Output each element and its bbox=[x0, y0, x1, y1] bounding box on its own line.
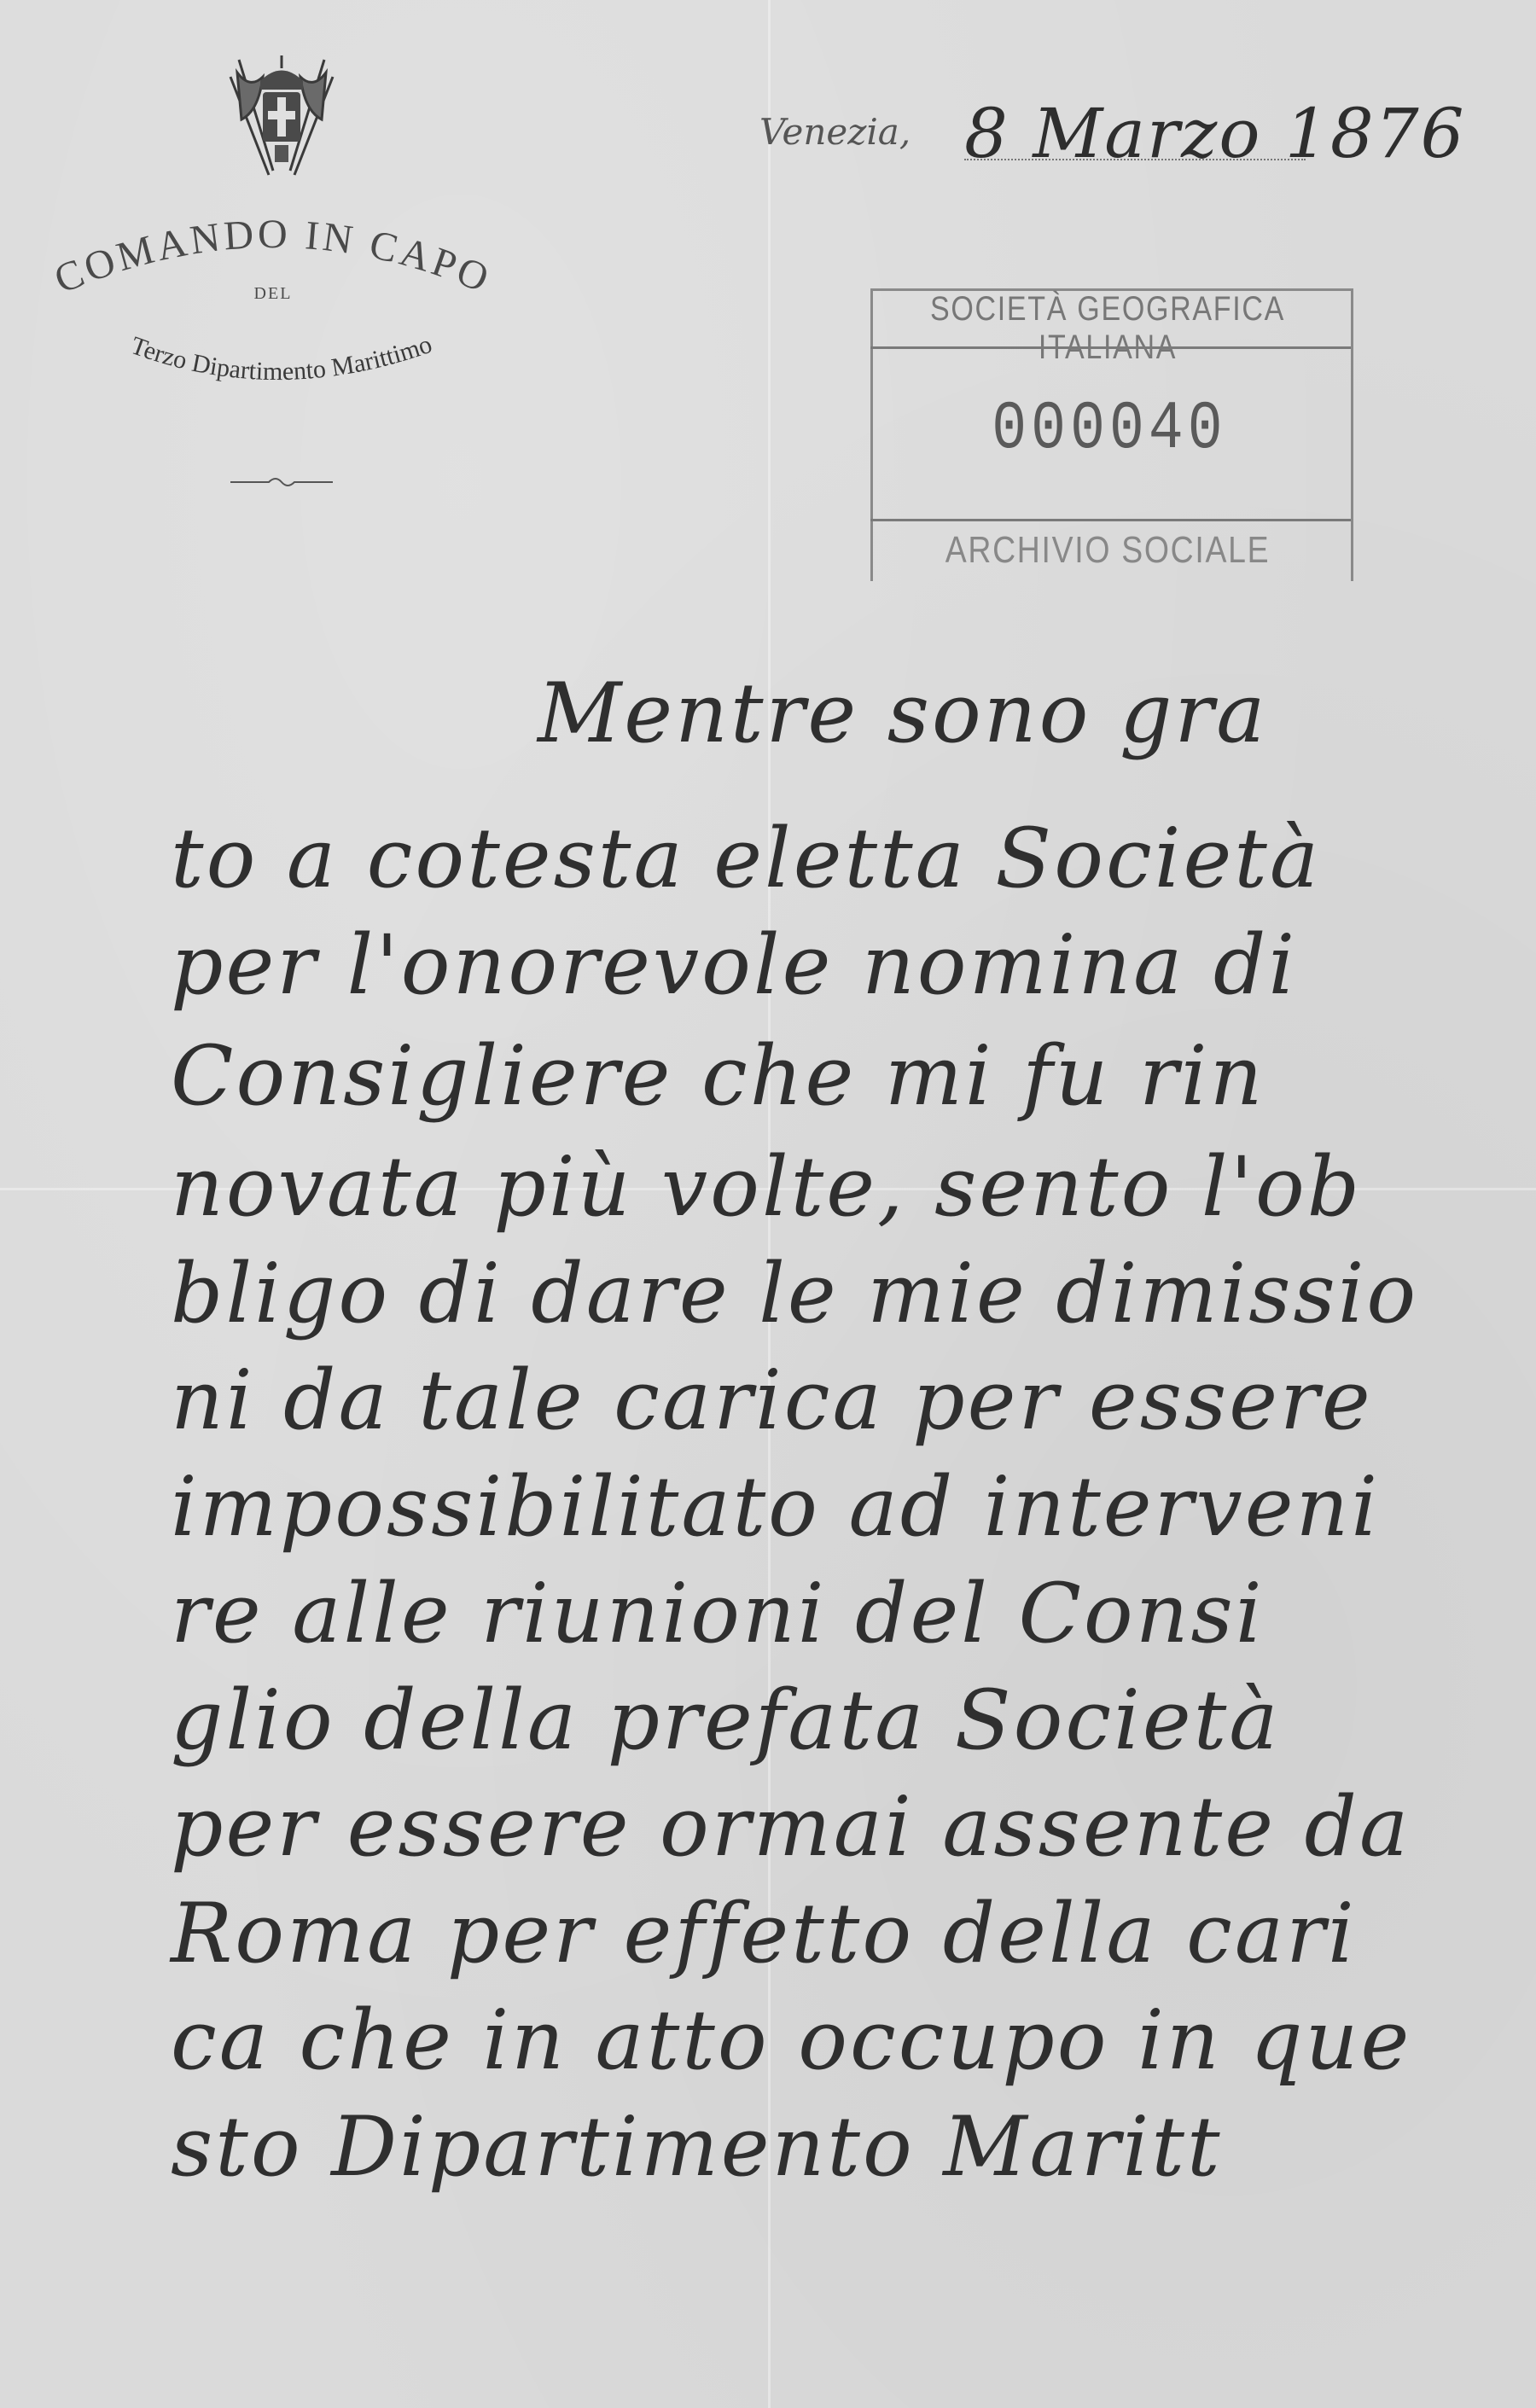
letter-body: Mentre sono gra to a cotesta eletta Soci… bbox=[0, 0, 1536, 2408]
letter-line: ca che in atto occupo in que bbox=[171, 1992, 1411, 2088]
letter-line: glio della prefata Società bbox=[171, 1672, 1281, 1768]
letter-line: Roma per effetto della cari bbox=[171, 1886, 1357, 1981]
letter-line: Mentre sono gra bbox=[538, 666, 1268, 761]
letter-line: sto Dipartimento Maritt bbox=[171, 2099, 1223, 2195]
letter-line: bligo di dare le mie dimissio bbox=[171, 1246, 1418, 1341]
letter-line: impossibilitato ad interveni bbox=[171, 1459, 1380, 1555]
letter-line: ni da tale carica per essere bbox=[171, 1352, 1373, 1448]
letter-line: Consigliere che mi fu rin bbox=[171, 1028, 1265, 1124]
letter-paper: COMANDO IN CAPO DEL Terzo Dipartimento M… bbox=[0, 0, 1536, 2408]
letter-line: to a cotesta eletta Società bbox=[171, 811, 1321, 906]
letter-line: per essere ormai assente da bbox=[171, 1779, 1411, 1875]
letter-line: novata più volte, sento l'ob bbox=[171, 1139, 1362, 1235]
letter-line: per l'onorevole nomina di bbox=[171, 917, 1297, 1013]
letter-line: re alle riunioni del Consi bbox=[171, 1566, 1265, 1661]
